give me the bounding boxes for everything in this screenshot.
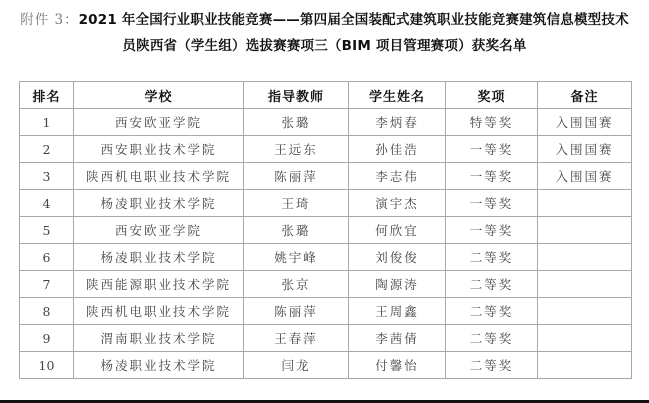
- cell-rank: 5: [20, 217, 74, 244]
- table-row: 3 陕西机电职业技术学院 陈丽萍 李志伟 一等奖 入围国赛: [20, 163, 632, 190]
- cell-rank: 7: [20, 271, 74, 298]
- cell-award: 二等奖: [446, 298, 538, 325]
- cell-note: 入围国赛: [538, 163, 632, 190]
- awards-table: 排名 学校 指导教师 学生姓名 奖项 备注 1 西安欧亚学院 张璐 李炳春 特等…: [19, 81, 632, 379]
- cell-award: 一等奖: [446, 190, 538, 217]
- header-rank: 排名: [20, 82, 74, 109]
- cell-teacher: 张璐: [244, 217, 349, 244]
- title-main: 2021 年全国行业职业技能竞赛——第四届全国装配式建筑职业技能竞赛建筑信息模型…: [79, 12, 629, 28]
- cell-student: 李志伟: [349, 163, 446, 190]
- cell-note: 入围国赛: [538, 136, 632, 163]
- title-line-1: 附件 3：2021 年全国行业职业技能竞赛——第四届全国装配式建筑职业技能竞赛建…: [0, 7, 649, 33]
- cell-school: 陕西机电职业技术学院: [74, 298, 244, 325]
- header-row: 排名 学校 指导教师 学生姓名 奖项 备注: [20, 82, 632, 109]
- cell-rank: 4: [20, 190, 74, 217]
- cell-student: 刘俊俊: [349, 244, 446, 271]
- cell-school: 西安欧亚学院: [74, 109, 244, 136]
- cell-school: 杨凌职业技术学院: [74, 352, 244, 379]
- cell-award: 二等奖: [446, 325, 538, 352]
- cell-award: 二等奖: [446, 271, 538, 298]
- table-row: 2 西安职业技术学院 王远东 孙佳浩 一等奖 入围国赛: [20, 136, 632, 163]
- cell-award: 二等奖: [446, 244, 538, 271]
- cell-school: 渭南职业技术学院: [74, 325, 244, 352]
- cell-rank: 1: [20, 109, 74, 136]
- document-title: 附件 3：2021 年全国行业职业技能竞赛——第四届全国装配式建筑职业技能竞赛建…: [0, 7, 649, 59]
- cell-rank: 10: [20, 352, 74, 379]
- cell-teacher: 闫龙: [244, 352, 349, 379]
- cell-student: 李炳春: [349, 109, 446, 136]
- cell-rank: 9: [20, 325, 74, 352]
- table-row: 5 西安欧亚学院 张璐 何欣宜 一等奖: [20, 217, 632, 244]
- cell-rank: 3: [20, 163, 74, 190]
- cell-award: 一等奖: [446, 163, 538, 190]
- cell-note: [538, 352, 632, 379]
- cell-award: 二等奖: [446, 352, 538, 379]
- cell-teacher: 姚宇峰: [244, 244, 349, 271]
- table-row: 6 杨凌职业技术学院 姚宇峰 刘俊俊 二等奖: [20, 244, 632, 271]
- cell-rank: 8: [20, 298, 74, 325]
- cell-school: 陕西机电职业技术学院: [74, 163, 244, 190]
- cell-student: 王周鑫: [349, 298, 446, 325]
- cell-teacher: 王春萍: [244, 325, 349, 352]
- cell-teacher: 张璐: [244, 109, 349, 136]
- table-row: 8 陕西机电职业技术学院 陈丽萍 王周鑫 二等奖: [20, 298, 632, 325]
- table-row: 10 杨凌职业技术学院 闫龙 付馨怡 二等奖: [20, 352, 632, 379]
- cell-student: 陶源涛: [349, 271, 446, 298]
- cell-student: 付馨怡: [349, 352, 446, 379]
- cell-award: 一等奖: [446, 136, 538, 163]
- cell-note: [538, 271, 632, 298]
- header-teacher: 指导教师: [244, 82, 349, 109]
- cell-award: 一等奖: [446, 217, 538, 244]
- cell-teacher: 张京: [244, 271, 349, 298]
- table-row: 7 陕西能源职业技术学院 张京 陶源涛 二等奖: [20, 271, 632, 298]
- cell-note: [538, 190, 632, 217]
- cell-note: [538, 244, 632, 271]
- title-line-2: 员陕西省（学生组）选拔赛赛项三（BIM 项目管理赛项）获奖名单: [0, 33, 649, 59]
- cell-teacher: 陈丽萍: [244, 163, 349, 190]
- cell-student: 演宇杰: [349, 190, 446, 217]
- cell-school: 西安职业技术学院: [74, 136, 244, 163]
- cell-student: 李茜倩: [349, 325, 446, 352]
- cell-note: 入围国赛: [538, 109, 632, 136]
- cell-rank: 6: [20, 244, 74, 271]
- cell-teacher: 王琦: [244, 190, 349, 217]
- header-award: 奖项: [446, 82, 538, 109]
- attachment-label: 附件 3：: [20, 12, 78, 28]
- cell-school: 西安欧亚学院: [74, 217, 244, 244]
- cell-note: [538, 217, 632, 244]
- cell-school: 杨凌职业技术学院: [74, 190, 244, 217]
- cell-student: 何欣宜: [349, 217, 446, 244]
- cell-note: [538, 325, 632, 352]
- cell-rank: 2: [20, 136, 74, 163]
- header-note: 备注: [538, 82, 632, 109]
- header-school: 学校: [74, 82, 244, 109]
- header-student: 学生姓名: [349, 82, 446, 109]
- cell-note: [538, 298, 632, 325]
- cell-school: 陕西能源职业技术学院: [74, 271, 244, 298]
- table-row: 4 杨凌职业技术学院 王琦 演宇杰 一等奖: [20, 190, 632, 217]
- table-row: 9 渭南职业技术学院 王春萍 李茜倩 二等奖: [20, 325, 632, 352]
- cell-teacher: 陈丽萍: [244, 298, 349, 325]
- table-row: 1 西安欧亚学院 张璐 李炳春 特等奖 入围国赛: [20, 109, 632, 136]
- cell-teacher: 王远东: [244, 136, 349, 163]
- cell-student: 孙佳浩: [349, 136, 446, 163]
- cell-school: 杨凌职业技术学院: [74, 244, 244, 271]
- cell-award: 特等奖: [446, 109, 538, 136]
